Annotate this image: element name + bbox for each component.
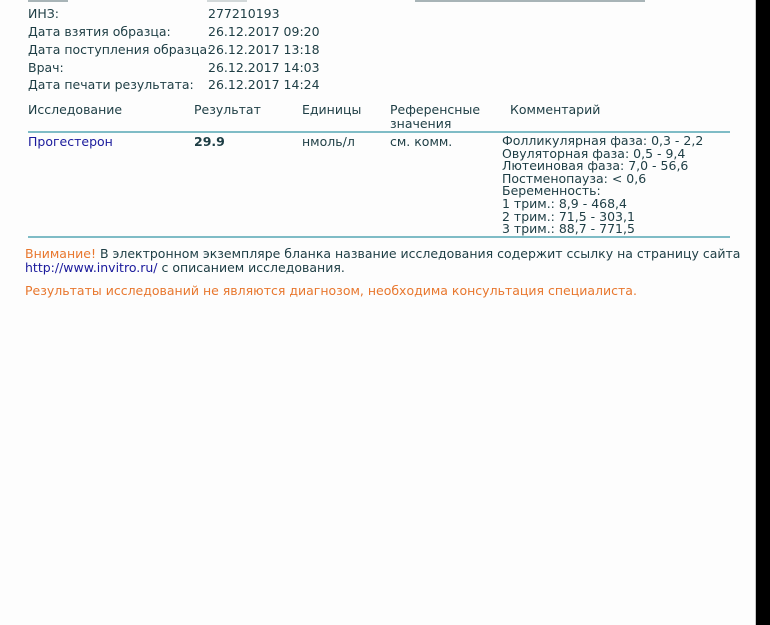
site-link-suffix: с описанием исследования. [158,260,345,275]
info-label: Дата печати результата: [28,76,208,94]
info-value: 26.12.2017 14:24 [208,76,320,94]
info-value: 277210193 [208,5,280,23]
attention-note: Внимание! В электронном экземпляре бланк… [25,247,740,275]
reference-value: см. комм. [390,135,452,148]
comment-line: 3 трим.: 88,7 - 771,5 [502,223,703,236]
right-edge-black-bar [755,0,770,625]
info-value: 26.12.2017 09:20 [208,23,320,41]
info-label: ИНЗ: [28,5,208,23]
table-bottom-divider [28,236,730,238]
header-reference: Референсные значения [390,103,480,131]
header-reference-line2: значения [390,116,451,131]
info-label: Дата поступления образца: [28,41,208,59]
cropped-value-fragment [207,0,247,2]
attention-text: В электронном экземпляре бланка название… [96,246,740,261]
study-link-progesterone[interactable]: Прогестерон [28,135,113,148]
cropped-address-fragment [415,0,645,2]
info-label: Дата взятия образца: [28,23,208,41]
disclaimer-text: Результаты исследований не являются диаг… [25,283,637,298]
info-label: Врач: [28,59,208,77]
comment-cell: Фолликулярная фаза: 0,3 - 2,2 Овуляторна… [502,135,703,236]
info-value: 26.12.2017 13:18 [208,41,320,59]
header-comment: Комментарий [510,103,600,117]
attention-label: Внимание! [25,246,96,261]
header-reference-line1: Референсные [390,102,480,117]
cropped-label-fragment [28,0,68,2]
header-result: Результат [194,103,261,117]
document-page: ИНЗ: 277210193 Дата взятия образца: 26.1… [0,0,755,625]
header-units: Единицы [302,103,361,117]
invitro-site-link[interactable]: http://www.invitro.ru/ [25,260,158,275]
header-study: Исследование [28,103,122,117]
info-value: 26.12.2017 14:03 [208,59,320,77]
result-value: 29.9 [194,135,225,148]
units-value: нмоль/л [302,135,355,148]
